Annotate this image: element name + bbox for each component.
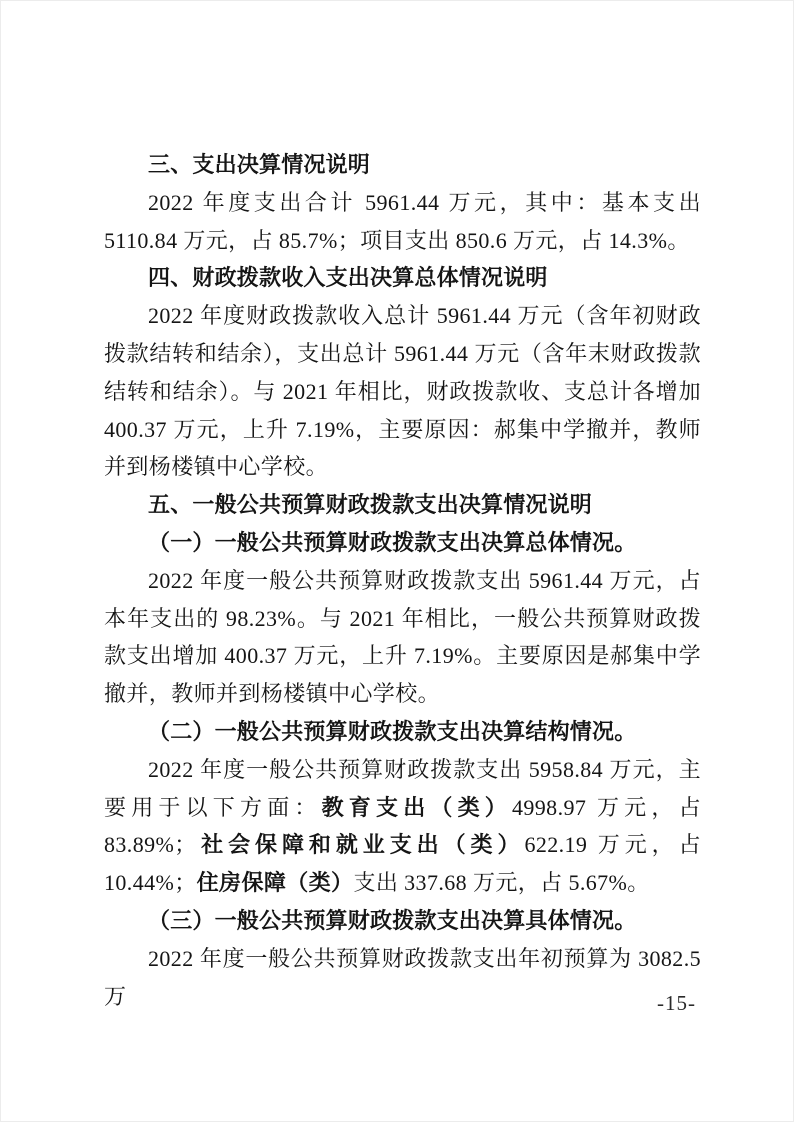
section-5-sub-2-paragraph: 2022 年度一般公共预算财政拨款支出 5958.84 万元，主要用于以下方面：… <box>104 751 701 902</box>
section-5-sub-3-heading: （三）一般公共预算财政拨款支出决算具体情况。 <box>104 902 701 940</box>
section-5-sub-1-paragraph: 2022 年度一般公共预算财政拨款支出 5961.44 万元，占本年支出的 98… <box>104 562 701 713</box>
document-page: 三、支出决算情况说明 2022 年度支出合计 5961.44 万元，其中：基本支… <box>0 0 794 1122</box>
section-5-heading: 五、一般公共预算财政拨款支出决算情况说明 <box>104 486 701 524</box>
section-3-paragraph: 2022 年度支出合计 5961.44 万元，其中：基本支出 5110.84 万… <box>104 184 701 260</box>
text-segment-housing-label: 住房保障（类） <box>197 870 354 895</box>
page-number: -15- <box>104 991 701 1015</box>
text-segment-social-security-label: 社会保障和就业支出（类） <box>197 832 525 857</box>
document-body: 三、支出决算情况说明 2022 年度支出合计 5961.44 万元，其中：基本支… <box>104 146 701 1015</box>
section-5-sub-2-heading: （二）一般公共预算财政拨款支出决算结构情况。 <box>104 713 701 751</box>
section-4-paragraph: 2022 年度财政拨款收入总计 5961.44 万元（含年初财政拨款结转和结余）… <box>104 297 701 486</box>
text-segment-education-label: 教育支出（类） <box>322 795 512 820</box>
section-4-heading: 四、财政拨款收入支出决算总体情况说明 <box>104 259 701 297</box>
section-3-heading: 三、支出决算情况说明 <box>104 146 701 184</box>
section-5-sub-1-heading: （一）一般公共预算财政拨款支出决算总体情况。 <box>104 524 701 562</box>
text-segment-housing-value: 支出 337.68 万元，占 5.67%。 <box>353 870 649 895</box>
